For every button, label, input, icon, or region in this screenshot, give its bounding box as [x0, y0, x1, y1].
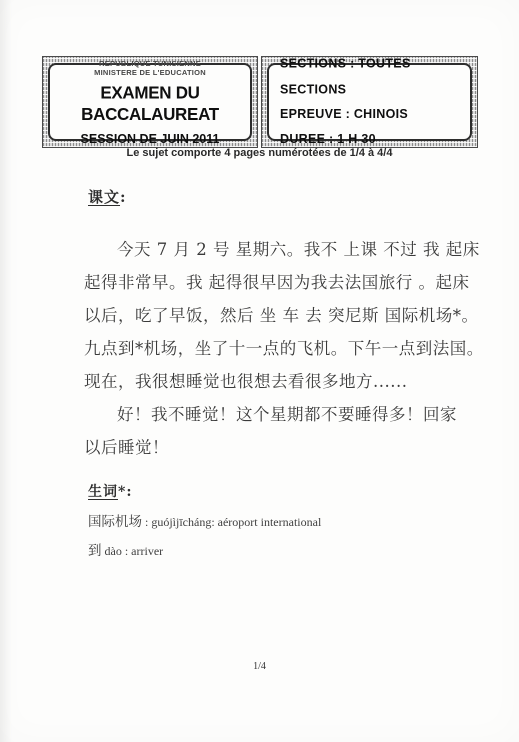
session-line: SESSION DE JUIN 2011 [50, 132, 250, 146]
header-right-inner-box: SECTIONS : TOUTES SECTIONS EPREUVE : CHI… [267, 63, 472, 141]
vocab-heading-suffix: *: [118, 484, 133, 500]
header-left-inner-box: REPUBLIQUE TUNISIENNE MINISTERE DE L'EDU… [48, 63, 252, 141]
epreuve-line: EPREUVE : CHINOIS [280, 102, 470, 128]
republic-line: REPUBLIQUE TUNISIENNE [50, 59, 250, 69]
lesson-line: 九点到*机场，坐了十一点的飞机。下午一点到法国。 [84, 332, 470, 365]
lesson-heading-colon: : [120, 188, 127, 206]
header-left-stamp: REPUBLIQUE TUNISIENNE MINISTERE DE L'EDU… [42, 56, 258, 148]
pages-notice: Le sujet comporte 4 pages numérotées de … [0, 147, 519, 159]
vocab-definition: dào : arriver [102, 544, 164, 558]
lesson-line: 现在，我很想睡觉也很想去看很多地方...... [84, 365, 470, 398]
page-number: 1/4 [0, 661, 519, 672]
exam-paper-page: REPUBLIQUE TUNISIENNE MINISTERE DE L'EDU… [0, 0, 519, 742]
lesson-heading: 课文: [88, 186, 127, 207]
vocab-heading-text: 生词 [88, 484, 118, 500]
exam-title: EXAMEN DU BACCALAUREAT [50, 83, 250, 125]
header-right-stamp: SECTIONS : TOUTES SECTIONS EPREUVE : CHI… [261, 56, 478, 148]
lesson-line: 以后，吃了早饭，然后 坐 车 去 突尼斯 国际机场*。 [84, 299, 470, 332]
lesson-text: 今天 7 月 2 号 星期六。我不 上课 不过 我 起床 起得非常早。我 起得很… [84, 233, 470, 464]
vocab-entry: 到 dào : arriver [88, 539, 163, 560]
exam-header: REPUBLIQUE TUNISIENNE MINISTERE DE L'EDU… [42, 56, 478, 148]
lesson-line: 以后睡觉！ [84, 431, 470, 464]
ministry-line: MINISTERE DE L'EDUCATION [50, 68, 250, 78]
lesson-line: 起得非常早。我 起得很早因为我去法国旅行 。起床 [84, 266, 470, 299]
vocab-definition: : guójìjīcháng: aéroport international [142, 515, 321, 529]
vocab-term: 国际机场 [88, 514, 142, 530]
lesson-line: 今天 7 月 2 号 星期六。我不 上课 不过 我 起床 [84, 233, 470, 266]
vocab-term: 到 [88, 543, 102, 559]
vocab-heading: 生词*: [88, 481, 133, 501]
lesson-line: 好！我不睡觉！这个星期都不要睡得多！回家 [84, 398, 470, 431]
lesson-heading-text: 课文 [88, 188, 120, 206]
sections-line: SECTIONS : TOUTES SECTIONS [280, 51, 470, 103]
vocab-entry: 国际机场 : guójìjīcháng: aéroport internatio… [88, 510, 321, 531]
